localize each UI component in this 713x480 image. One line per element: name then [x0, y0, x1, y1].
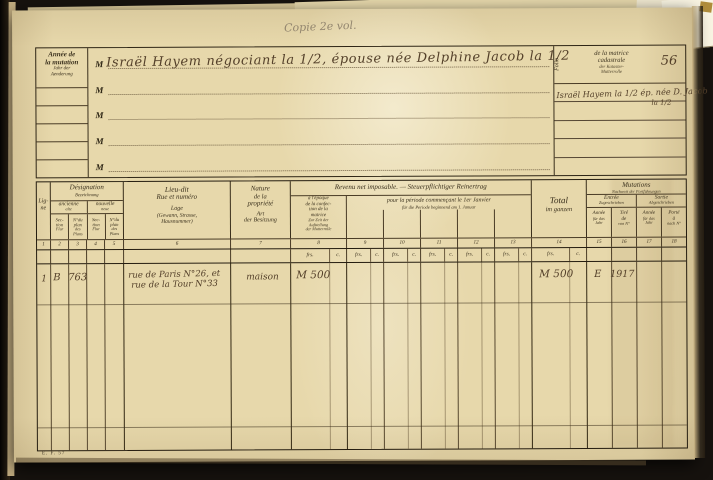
hw-plan-old: 763 [68, 272, 87, 283]
col-number: 13 [495, 238, 532, 247]
centimes-subcell [445, 263, 458, 449]
year-of-mutation-column: Année de la mutation Jahr der Aenderung [36, 48, 89, 177]
owner-ruled-line [109, 143, 550, 146]
form-footnote: E. F. 57 [42, 451, 65, 456]
frs-label: frs. [291, 249, 330, 262]
hw-lieu-line2: rue de la Tour N°33 [131, 279, 218, 291]
label-de: der Besitzung [231, 217, 290, 224]
label-fr: ne [37, 205, 50, 212]
old-designation: ancienne alte [51, 201, 88, 213]
folio-vertical-label: Folio [554, 46, 562, 83]
m-prefix: M [95, 59, 103, 69]
centimes-label: c. [408, 249, 420, 262]
ligne-label: Lig- ne [37, 198, 50, 211]
centimes-label: c. [482, 248, 494, 261]
owner-row: M [88, 72, 553, 100]
unit-cell [612, 248, 637, 261]
year-cell [36, 105, 87, 123]
designation-title: Désignation Bezeichnung [51, 182, 123, 200]
year-subcolumn [495, 209, 531, 238]
hw-section-old: B [53, 272, 60, 283]
centimes-subcell [482, 262, 495, 448]
frs-label: frs. [421, 249, 445, 262]
body-cell-revenu-matrice [291, 263, 348, 449]
unit-cell-money: frs. c. [291, 249, 347, 262]
label-de: Mutterrolle [562, 69, 660, 74]
revenu-title: Revenu net imposable. — Steuerpflichtige… [291, 180, 531, 195]
folio-owner-row [555, 139, 686, 158]
body-cell-period [421, 263, 459, 449]
col-number: 17 [637, 238, 662, 247]
section-new-label: Sec- tion Flur [87, 214, 105, 239]
frs-label: frs. [384, 249, 408, 262]
col-nature: Nature de la propriété Art der Besitzung [231, 181, 291, 238]
centimes-subcell [330, 263, 347, 449]
col-ligne: Lig- ne [37, 182, 51, 239]
owner-ruled-line [108, 92, 549, 95]
unit-cell [51, 250, 69, 263]
epoque-label: à l'époque de la confec- tion de la matr… [291, 196, 347, 238]
frs-label: frs. [495, 248, 519, 261]
m-prefix: M [95, 85, 103, 95]
owner-ruled-line [108, 118, 549, 121]
tire-de-label: Tiré de von N° [612, 208, 637, 237]
body-cell-entree-annee [587, 262, 613, 448]
page-stack-right-edge [692, 6, 705, 458]
register-sheet: Copie 2e vol. Année de la mutation Jahr … [12, 8, 695, 463]
entree-group-label: Entrée Zugeschrieben [587, 195, 637, 207]
frs-subcell [384, 263, 409, 449]
label-de: nach N° [662, 222, 686, 227]
folio-owner-row [555, 157, 686, 175]
cadastre-table: Lig- ne Désignation Bezeichnung ancienne… [36, 179, 688, 452]
hw-entree-tire: 1917 [610, 269, 634, 280]
periode-label: pour la période commençant le 1er Janvie… [347, 195, 531, 209]
entree-annee-label: Année für das Jahr [587, 208, 612, 237]
col-number: 3 [69, 240, 87, 249]
label-de: Jahr [637, 221, 661, 226]
col-number: 8 [291, 239, 347, 248]
label-de: Plans [106, 232, 123, 237]
body-cell-period [347, 263, 385, 449]
body-cell-period [384, 263, 422, 449]
centimes-label: c. [570, 248, 586, 261]
label-fr: propriété [231, 200, 290, 208]
col-lieu-dit: Lieu-dit Rue et numéro Lage (Gewann, Str… [124, 182, 231, 239]
centimes-subcell [371, 263, 384, 449]
col-number: 11 [421, 239, 458, 248]
label-de: Plans [69, 232, 86, 237]
centimes-label: c. [330, 249, 346, 262]
designation-subgroups: ancienne alte nouvelle neue [51, 200, 123, 213]
label-fr: Lig- [37, 198, 50, 205]
m-prefix: M [96, 136, 104, 146]
plan-old-label: N°du plan des Plans [69, 214, 87, 239]
body-cell-plan-new [105, 264, 125, 450]
label-de: von N° [612, 222, 636, 227]
frs-subcell [291, 263, 331, 449]
label-de: Aenderung [36, 72, 87, 78]
unit-cell [587, 248, 612, 261]
col-number: 1 [37, 240, 51, 249]
year-of-mutation-label: Année de la mutation Jahr der Aenderung [36, 48, 87, 87]
body-cell-plan-old [69, 264, 88, 450]
col-number: 7 [231, 239, 291, 248]
col-number: 5 [105, 240, 124, 249]
table-header: Lig- ne Désignation Bezeichnung ancienne… [37, 180, 686, 240]
centimes-subcell [570, 262, 587, 448]
year-subcolumn [458, 209, 495, 238]
unit-cell-money: frs. c. [532, 248, 587, 261]
owner-ruled-line [109, 169, 550, 172]
periode-group: pour la période commençant le 1er Janvie… [347, 195, 531, 238]
designation-leaves: Sec- tion Flur N°du plan des Plans Sec- [51, 213, 123, 239]
section-old-label: Sec- tion Flur [51, 214, 69, 239]
frs-label: frs. [532, 248, 570, 261]
sortie-annee-label: Année für das Jahr [637, 208, 662, 237]
mutations-leaves: Année für das Jahr Tiré de von N° Année … [587, 207, 686, 237]
plan-new-label: N°du plan des Plans [106, 214, 123, 239]
mutations-subgroups: Entrée Zugeschrieben Sortie Abgeschriebe… [587, 194, 686, 207]
table-body: 1 B 763 rue de Paris N°26, et rue de la … [37, 262, 687, 451]
folio-column: Folio de la matrice cadastrale der Katas… [553, 46, 686, 176]
folio-owner-handwriting: Israël Hayem la 1/2 ép. née D. Jacob [556, 85, 708, 100]
label-de: Abgeschrieben [637, 201, 686, 206]
frs-subcell [347, 263, 372, 449]
label-fr: Rue et numéro [124, 194, 230, 202]
m-prefix: M [95, 110, 103, 120]
unit-cell [87, 250, 105, 263]
centimes-label: c. [371, 249, 383, 262]
label-de: Bezeichnung [51, 192, 123, 197]
frs-subcell [495, 262, 520, 448]
hw-entree-annee: E [594, 269, 601, 280]
label-de: Hausnummer) [124, 218, 230, 225]
new-designation: nouvelle neue [87, 201, 123, 213]
body-cell-sortie-annee [637, 262, 663, 448]
unit-cell [637, 248, 662, 261]
year-subcolumn [421, 209, 458, 238]
body-cell-section-new [87, 264, 106, 450]
unit-cell-money: frs. c. [347, 249, 384, 262]
owner-row: M [89, 124, 554, 152]
col-number: 14 [532, 238, 587, 247]
label-fr: Total [532, 196, 586, 206]
unit-cell [69, 250, 87, 263]
body-cell-period [495, 262, 533, 448]
year-subcolumn [384, 209, 421, 238]
col-revenu-group: Revenu net imposable. — Steuerpflichtige… [291, 180, 532, 238]
body-cell-sortie-porte [662, 262, 687, 448]
unit-cell [105, 250, 124, 263]
frs-label: frs. [347, 249, 371, 262]
body-cell-ligne [37, 264, 52, 450]
col-number: 12 [458, 238, 495, 247]
col-total: Total im ganzen [532, 180, 587, 237]
folio-box: Folio de la matrice cadastrale der Katas… [554, 46, 685, 84]
unit-cell [124, 250, 231, 263]
body-cell-nature [231, 263, 292, 449]
col-number: 9 [347, 239, 384, 248]
porte-a-label: Porté à nach N° [662, 208, 686, 237]
year-subcolumn [347, 210, 384, 239]
label-de: der Mutterrolle [291, 227, 346, 232]
label-fr: la mutation [36, 59, 87, 67]
unit-cell [662, 248, 686, 261]
frs-subcell [532, 262, 571, 448]
folio-owner-handwriting: la 1/2 [652, 99, 672, 107]
col-number: 10 [384, 239, 421, 248]
body-cell-lieu [124, 264, 232, 450]
frs-label: frs. [458, 248, 482, 261]
centimes-subcell [519, 262, 532, 448]
periode-year-columns [347, 209, 531, 238]
body-cell-section-old [51, 264, 70, 450]
centimes-subcell [408, 263, 421, 449]
col-number: 2 [51, 240, 69, 249]
owner-row: M [88, 98, 553, 126]
owner-row: M [89, 149, 554, 177]
owner-row: M Israël Hayem négociant la 1/2, épouse … [88, 46, 553, 74]
label-de: neue [87, 207, 123, 212]
hw-nature: maison [246, 272, 279, 282]
folio-number-handwriting: 56 [661, 46, 686, 83]
body-cell-entree-tire [612, 262, 638, 448]
label-de: Jahr [587, 221, 611, 226]
revenu-subcolumns: à l'époque de la confec- tion de la matr… [291, 194, 531, 238]
col-number: 18 [662, 238, 686, 247]
frs-subcell [458, 262, 483, 448]
body-cell-total [532, 262, 588, 448]
m-prefix: M [96, 162, 104, 172]
folio-caption: de la matrice cadastrale der Kataster- M… [562, 46, 661, 83]
unit-cell [231, 249, 291, 262]
unit-cell-money: frs. c. [495, 248, 532, 261]
label-de: im ganzen [532, 206, 586, 213]
hw-total: M 500 [539, 268, 573, 280]
folio-owner-row [555, 120, 686, 139]
unit-cell-money: frs. c. [421, 249, 458, 262]
col-number: 15 [587, 238, 612, 247]
label-de: alte [51, 207, 87, 212]
hw-revenu-matrice: M 500 [296, 269, 330, 281]
pencil-note: Copie 2e vol. [284, 19, 357, 35]
col-number: 6 [124, 240, 231, 249]
year-cell [36, 87, 87, 105]
year-cell [37, 159, 88, 177]
body-cell-period [458, 262, 496, 448]
folio-owner-row: la 1/2 [554, 102, 685, 121]
unit-cell-money: frs. c. [458, 248, 495, 261]
mutations-title: Mutations Nachweis der Fortführungen [587, 180, 686, 194]
centimes-label: c. [519, 248, 531, 261]
label-de: Flur [51, 227, 68, 232]
mutation-header-box: Année de la mutation Jahr der Aenderung … [35, 45, 687, 179]
col-number: 4 [87, 240, 105, 249]
year-cell [37, 123, 88, 141]
centimes-label: c. [445, 249, 457, 262]
label-de: Flur [87, 227, 104, 232]
sortie-group-label: Sortie Abgeschrieben [637, 195, 686, 207]
unit-cell [37, 250, 51, 263]
owner-lines-area: M Israël Hayem négociant la 1/2, épouse … [88, 46, 554, 177]
col-mutations-group: Mutations Nachweis der Fortführungen Ent… [587, 180, 686, 237]
hw-ligne: 1 [41, 274, 47, 284]
frs-subcell [421, 263, 446, 449]
label-de: Zugeschrieben [587, 201, 636, 206]
col-number: 16 [612, 238, 637, 247]
year-cell [37, 141, 88, 159]
scanned-register-page: Copie 2e vol. Année de la mutation Jahr … [0, 0, 713, 480]
unit-cell-money: frs. c. [384, 249, 421, 262]
col-designation: Désignation Bezeichnung ancienne alte no… [51, 182, 124, 239]
